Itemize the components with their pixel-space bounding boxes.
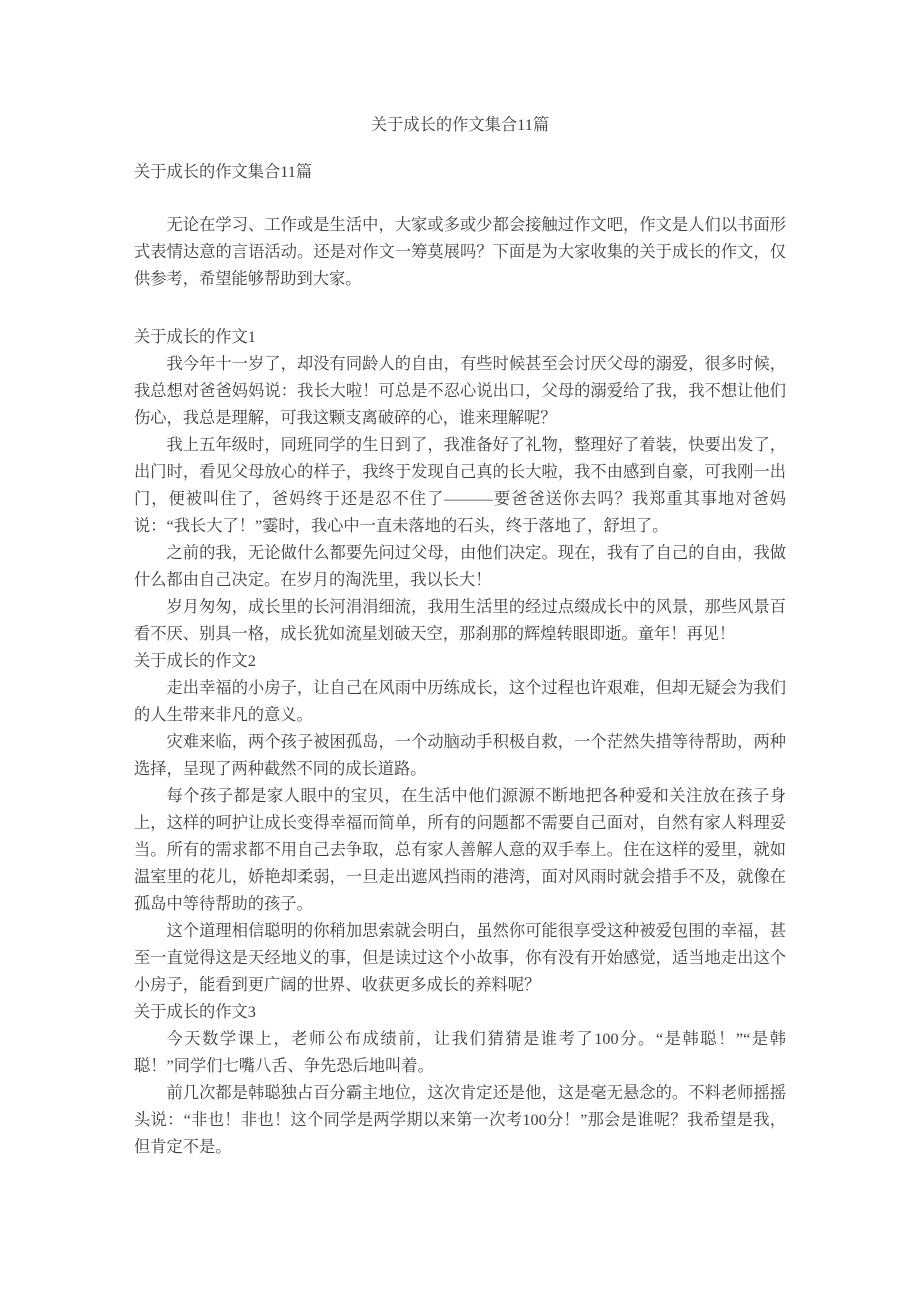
document-content: 关于成长的作文集合11篇 关于成长的作文集合11篇 无论在学习、工作或是生活中，… — [0, 0, 920, 1161]
essay-1-heading: 关于成长的作文1 — [134, 324, 786, 351]
document-subtitle: 关于成长的作文集合11篇 — [134, 159, 786, 186]
essay-1-paragraph: 我上五年级时，同班同学的生日到了，我准备好了礼物，整理好了着装，快要出发了，出门… — [134, 432, 786, 540]
essay-2-paragraph: 走出幸福的小房子，让自己在风雨中历练成长，这个过程也许艰难，但却无疑会为我们的人… — [134, 675, 786, 729]
essay-1-paragraph: 岁月匆匆，成长里的长河涓涓细流，我用生活里的经过点缀成长中的风景，那些风景百看不… — [134, 594, 786, 648]
essay-2-paragraph: 每个孩子都是家人眼中的宝贝，在生活中他们源源不断地把各种爱和关注放在孩子身上，这… — [134, 783, 786, 918]
essay-1-paragraph: 我今年十一岁了，却没有同龄人的自由，有些时候甚至会讨厌父母的溺爱，很多时候，我总… — [134, 351, 786, 432]
essay-3-paragraph: 前几次都是韩聪独占百分霸主地位，这次肯定还是他，这是毫无悬念的。不料老师摇摇头说… — [134, 1080, 786, 1161]
essay-section-1: 关于成长的作文1 我今年十一岁了，却没有同龄人的自由，有些时候甚至会讨厌父母的溺… — [134, 324, 786, 648]
essay-1-paragraph: 之前的我，无论做什么都要先问过父母，由他们决定。现在，我有了自己的自由，我做什么… — [134, 540, 786, 594]
document-page: 关于成长的作文集合11篇 关于成长的作文集合11篇 无论在学习、工作或是生活中，… — [0, 0, 920, 1302]
essay-section-2: 关于成长的作文2 走出幸福的小房子，让自己在风雨中历练成长，这个过程也许艰难，但… — [134, 648, 786, 999]
intro-paragraph: 无论在学习、工作或是生活中，大家或多或少都会接触过作文吧，作文是人们以书面形式表… — [134, 212, 786, 293]
essay-3-paragraph: 今天数学课上，老师公布成绩前，让我们猜猜是谁考了100分。“是韩聪！”“是韩聪！… — [134, 1026, 786, 1080]
essay-2-paragraph: 灾难来临，两个孩子被困孤岛，一个动脑动手积极自救，一个茫然失措等待帮助，两种选择… — [134, 729, 786, 783]
essay-2-paragraph: 这个道理相信聪明的你稍加思索就会明白，虽然你可能很享受这种被爱包围的幸福，甚至一… — [134, 918, 786, 999]
document-title: 关于成长的作文集合11篇 — [134, 112, 786, 139]
essay-section-3: 关于成长的作文3 今天数学课上，老师公布成绩前，让我们猜猜是谁考了100分。“是… — [134, 999, 786, 1161]
essay-2-heading: 关于成长的作文2 — [134, 648, 786, 675]
essay-3-heading: 关于成长的作文3 — [134, 999, 786, 1026]
